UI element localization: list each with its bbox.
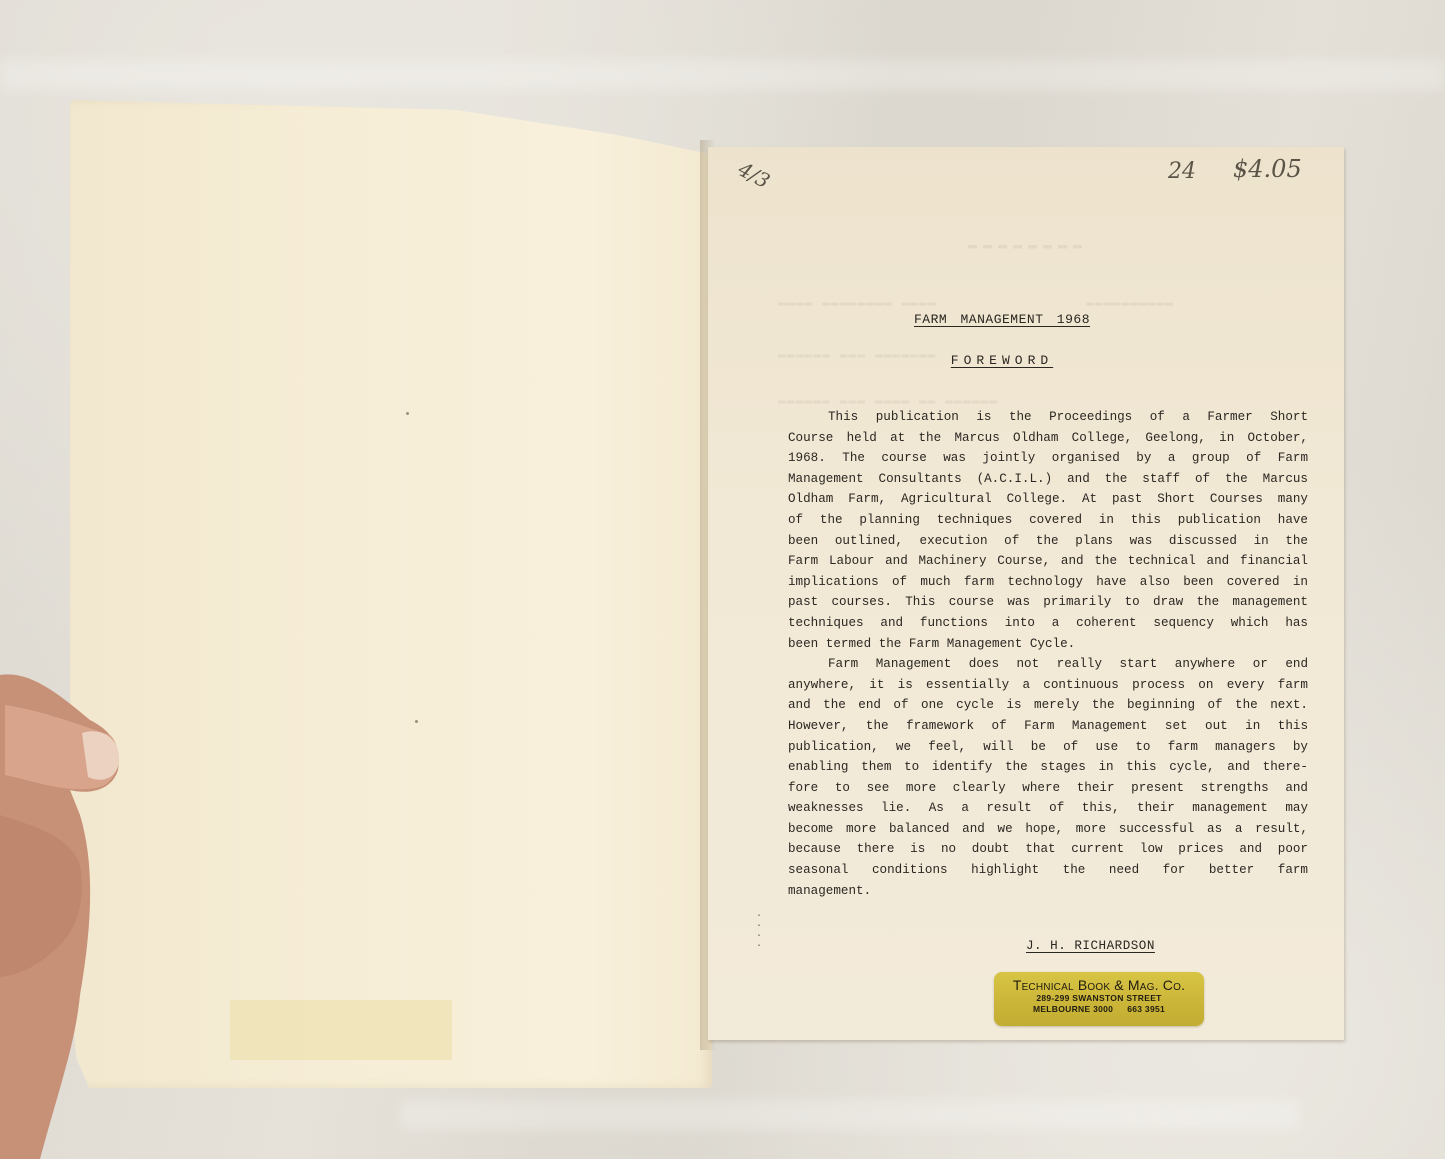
bookseller-address: 289-299 SWANSTON STREET [994,993,1204,1004]
bookseller-city: MELBOURNE 3000 [1033,1004,1113,1014]
text-line: been termed the Farm Management Cycle. [788,634,1308,655]
text-line: of the planning techniques covered in th… [788,510,1308,531]
tape-residue [230,1000,452,1060]
text-line: Farm Management does not really start an… [788,654,1308,675]
bookseller-city-phone: MELBOURNE 3000663 3951 [994,1004,1204,1015]
text-line: seasonal conditions highlight the need f… [788,860,1308,881]
text-line: implications of much farm technology hav… [788,572,1308,593]
text-line: Farm Labour and Machinery Course, and th… [788,551,1308,572]
handwritten-fraction: 4/3 [734,157,774,193]
section-heading: FOREWORD [684,353,1320,368]
author-signature: J. H. RICHARDSON [1026,939,1155,953]
paper-spot [406,412,409,415]
cloth-fold [0,60,1445,90]
text-line: enabling them to identify the stages in … [788,757,1308,778]
document-title: FARM MANAGEMENT 1968 [684,312,1320,327]
bookseller-phone: 663 3951 [1127,1004,1165,1014]
text-line: become more balanced and we hope, more s… [788,819,1308,840]
text-line: However, the framework of Farm Managemen… [788,716,1308,737]
bookseller-sticker: Technical Book & Mag. Co. 289-299 SWANST… [994,972,1204,1026]
foreword-page: 4/3 24 $4.05 ▬▬▬▬▬▬▬▬ ▬▬▬▬ ▬▬▬▬▬▬▬▬ ▬▬▬▬… [708,147,1344,1040]
bleed-through-text: ▬▬▬▬▬▬ ▬▬▬ ▬▬▬▬ ▬▬ ▬▬▬▬▬▬ [778,393,998,408]
text-line: This publication is the Proceedings of a… [788,407,1308,428]
text-line: and the end of one cycle is merely the b… [788,695,1308,716]
text-line: publication, we feel, will be of use to … [788,737,1308,758]
hand-holding-page [0,665,125,1159]
text-line: fore to see more clearly where their pre… [788,778,1308,799]
bleed-through-text: ▬▬▬▬ ▬▬▬▬▬▬▬▬ ▬▬▬▬ ▬▬▬▬▬▬▬▬▬▬ [778,295,1174,310]
text-line: management. [788,881,1308,902]
foreword-body: This publication is the Proceedings of a… [788,407,1308,901]
text-line: anywhere, it is essentially a continuous… [788,675,1308,696]
text-line: Management Consultants (A.C.I.L.) and th… [788,469,1308,490]
text-line: because there is no doubt that current l… [788,839,1308,860]
text-line: Oldham Farm, Agricultural College. At pa… [788,489,1308,510]
text-line: been outlined, execution of the plans wa… [788,531,1308,552]
paper-spot [415,720,418,723]
handwritten-number: 24 [1168,159,1196,184]
bleed-through-text: ▬▬▬▬▬▬▬▬ [968,237,1088,254]
text-line: techniques and functions into a coherent… [788,613,1308,634]
cloth-fold [400,1100,1300,1130]
text-line: Course held at the Marcus Oldham College… [788,428,1308,449]
handwritten-price: $4.05 [1233,155,1302,183]
left-blank-page [70,100,712,1088]
text-line: 1968. The course was jointly organised b… [788,448,1308,469]
bookseller-name: Technical Book & Mag. Co. [994,977,1204,993]
text-line: weaknesses lie. As a result of this, the… [788,798,1308,819]
text-line: past courses. This course was primarily … [788,592,1308,613]
margin-marks: ···· [756,912,760,952]
